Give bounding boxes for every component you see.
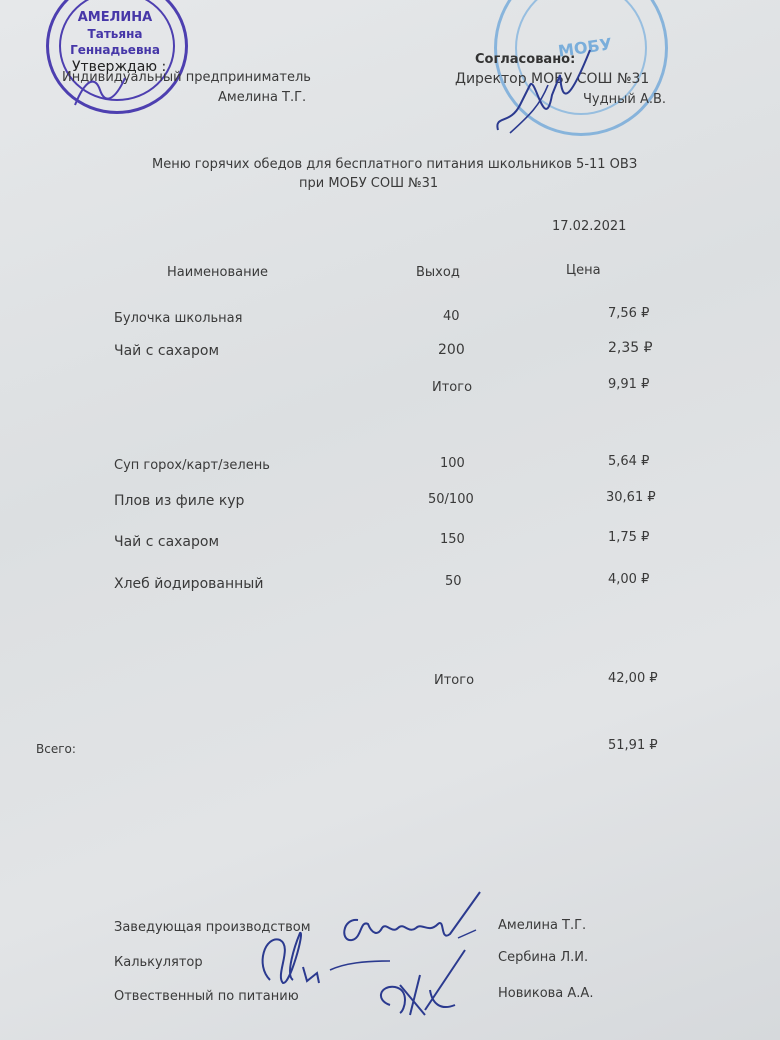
item-price: 7,56 ₽ bbox=[608, 306, 649, 321]
item-price: 2,35 ₽ bbox=[608, 340, 653, 356]
menu-title-line2: при МОБУ СОШ №31 bbox=[299, 176, 438, 191]
approval-left-name: Амелина Т.Г. bbox=[218, 90, 306, 105]
breakfast-total: 9,91 ₽ bbox=[608, 377, 649, 392]
item-name: Хлеб йодированный bbox=[114, 576, 263, 592]
signature-approver-right bbox=[490, 45, 600, 140]
lunch-total-label: Итого bbox=[434, 673, 474, 688]
menu-title-line1: Меню горячих обедов для бесплатного пита… bbox=[152, 157, 637, 172]
item-name: Плов из филе кур bbox=[114, 493, 244, 509]
stamp-line-2: Татьяна bbox=[60, 26, 170, 42]
item-yield: 100 bbox=[440, 456, 465, 471]
signature-name: Новикова А.А. bbox=[498, 986, 593, 1001]
lunch-total: 42,00 ₽ bbox=[608, 671, 658, 686]
menu-date: 17.02.2021 bbox=[552, 219, 626, 234]
stamp-left-text: АМЕЛИНА Татьяна Геннадьевна bbox=[60, 10, 170, 58]
header-price: Цена bbox=[566, 263, 601, 278]
stamp-line-3: Геннадьевна bbox=[60, 42, 170, 58]
signature-name: Сербина Л.И. bbox=[498, 950, 588, 965]
signature-approver-left bbox=[70, 70, 130, 110]
item-price: 5,64 ₽ bbox=[608, 454, 649, 469]
breakfast-total-label: Итого bbox=[432, 380, 472, 395]
item-name: Суп горох/карт/зелень bbox=[114, 458, 270, 473]
item-yield: 150 bbox=[440, 532, 465, 547]
signature-role: Калькулятор bbox=[114, 955, 203, 970]
grand-total-label: Всего: bbox=[36, 742, 76, 756]
header-yield: Выход bbox=[416, 265, 460, 280]
stamp-line-1: АМЕЛИНА bbox=[60, 10, 170, 26]
item-yield: 40 bbox=[443, 309, 460, 324]
item-price: 1,75 ₽ bbox=[608, 530, 649, 545]
item-name: Чай с сахаром bbox=[114, 534, 219, 550]
item-yield: 200 bbox=[438, 342, 465, 358]
item-name: Чай с сахаром bbox=[114, 343, 219, 359]
item-price: 4,00 ₽ bbox=[608, 572, 649, 587]
signature-name: Амелина Т.Г. bbox=[498, 918, 586, 933]
grand-total: 51,91 ₽ bbox=[608, 738, 658, 753]
header-name: Наименование bbox=[167, 265, 268, 280]
signature-food-responsible bbox=[370, 945, 480, 1025]
item-yield: 50/100 bbox=[428, 492, 474, 507]
item-name: Булочка школьная bbox=[114, 311, 242, 326]
item-yield: 50 bbox=[445, 574, 462, 589]
item-price: 30,61 ₽ bbox=[606, 490, 656, 505]
